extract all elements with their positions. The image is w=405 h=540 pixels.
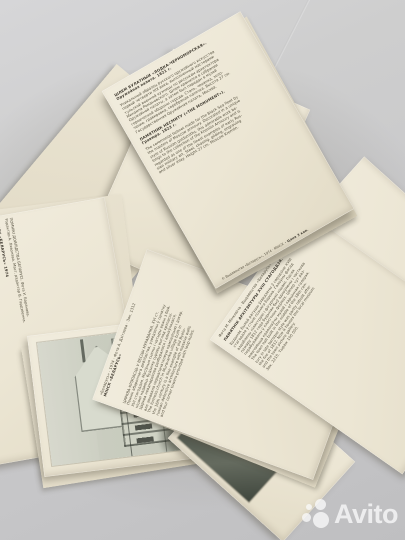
avito-watermark: Avito [302, 499, 398, 528]
listing-photo-postcards: ПОМНІКІ ДОЙЛІДСТВА БЕЛАРУСІ. Фота У. Бар… [0, 0, 405, 540]
avito-logo-icon [302, 499, 329, 528]
avito-watermark-text: Avito [334, 501, 398, 528]
